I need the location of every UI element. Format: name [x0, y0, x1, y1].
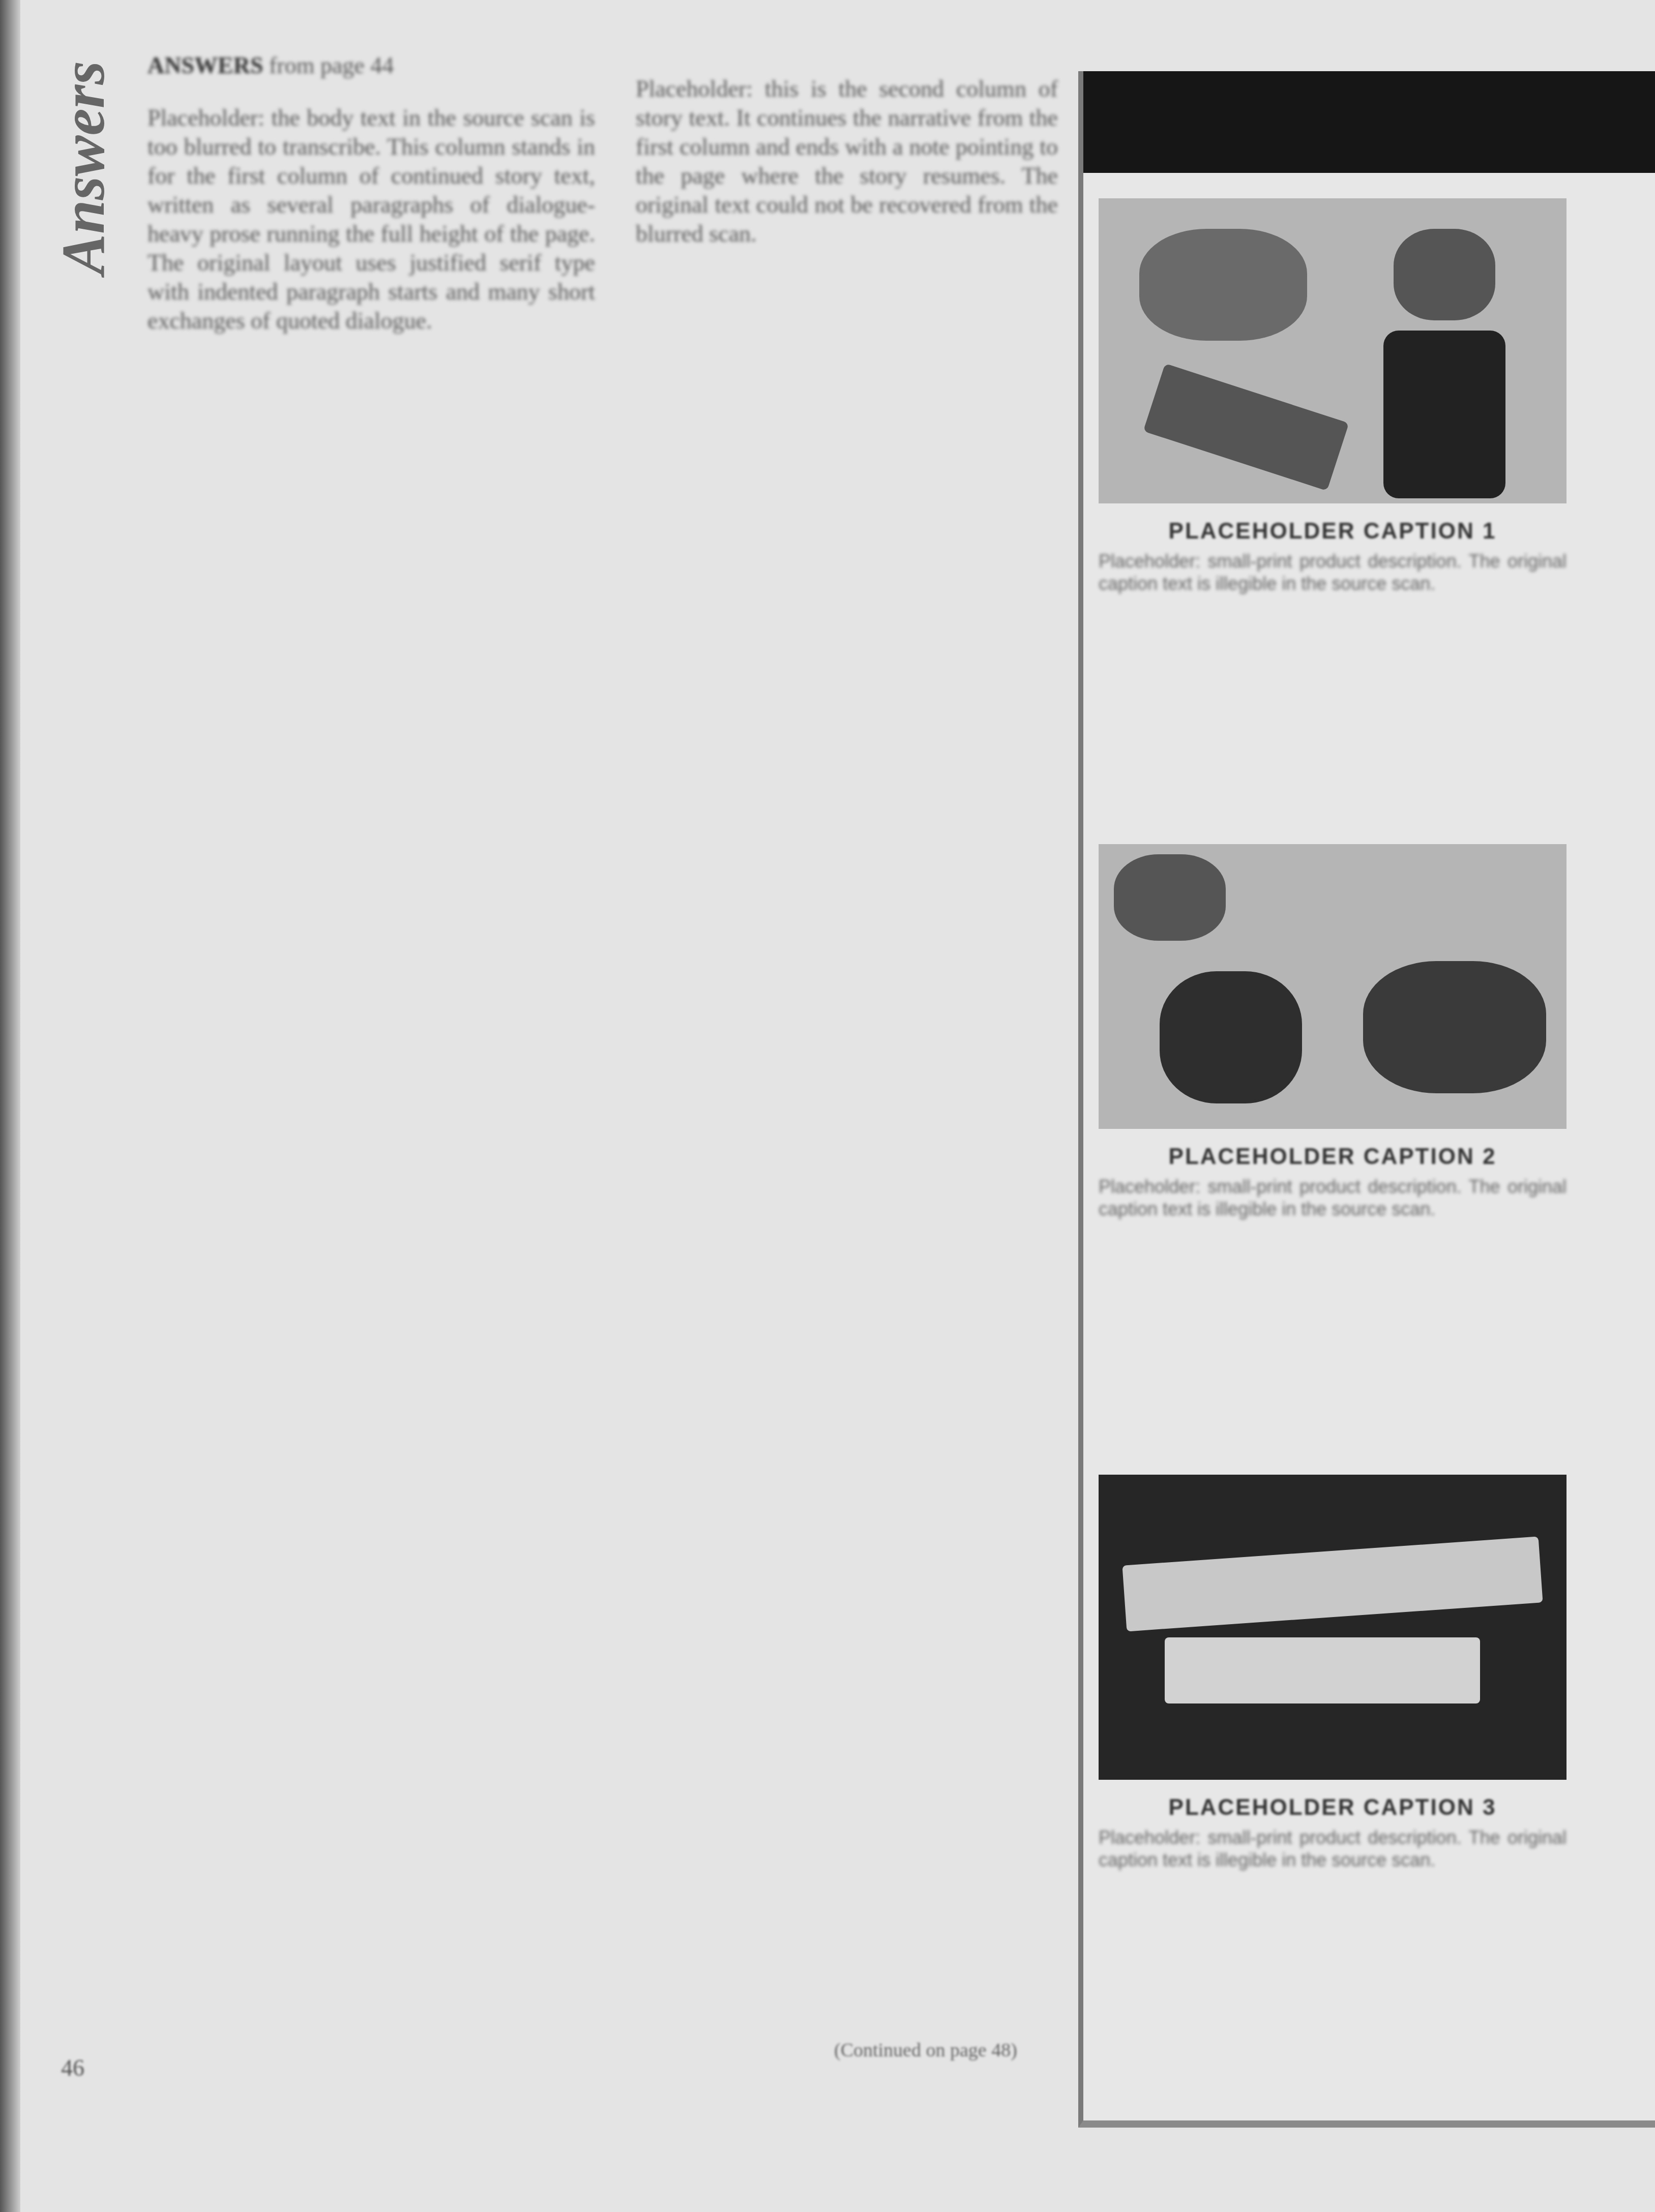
ad-body-3: Placeholder: small-print product descrip… [1099, 1827, 1567, 1871]
ad-item-1: PLACEHOLDER CAPTION 1 Placeholder: small… [1099, 198, 1567, 595]
ad-panel-header-bar [1083, 71, 1655, 173]
ad-title-2: PLACEHOLDER CAPTION 2 [1099, 1144, 1567, 1170]
ad-item-3: PLACEHOLDER CAPTION 3 Placeholder: small… [1099, 1475, 1567, 1871]
article-runin: ANSWERS [147, 52, 263, 78]
article-text-column-2: Placeholder: this is the second column o… [636, 74, 1058, 248]
ad-title-3: PLACEHOLDER CAPTION 3 [1099, 1795, 1567, 1820]
page-spine-shadow [0, 0, 20, 2212]
article-column-1: ANSWERS from page 44 Placeholder: the bo… [147, 51, 595, 358]
ad-image-3 [1099, 1475, 1567, 1780]
ad-panel: PLACEHOLDER CAPTION 1 Placeholder: small… [1078, 71, 1655, 2128]
article-text-column-1: Placeholder: the body text in the source… [147, 103, 595, 335]
ad-image-2 [1099, 844, 1567, 1129]
page-number: 46 [61, 2054, 84, 2081]
article-runin-suffix: from page 44 [269, 52, 394, 78]
article-column-2: Placeholder: this is the second column o… [636, 51, 1058, 272]
side-title: Answers [48, 61, 125, 275]
ad-body-2: Placeholder: small-print product descrip… [1099, 1176, 1567, 1220]
ad-title-1: PLACEHOLDER CAPTION 1 [1099, 519, 1567, 544]
ad-body-1: Placeholder: small-print product descrip… [1099, 550, 1567, 595]
ad-item-2: PLACEHOLDER CAPTION 2 Placeholder: small… [1099, 844, 1567, 1220]
continued-note: (Continued on page 48) [834, 2039, 1017, 2061]
ad-image-1 [1099, 198, 1567, 503]
